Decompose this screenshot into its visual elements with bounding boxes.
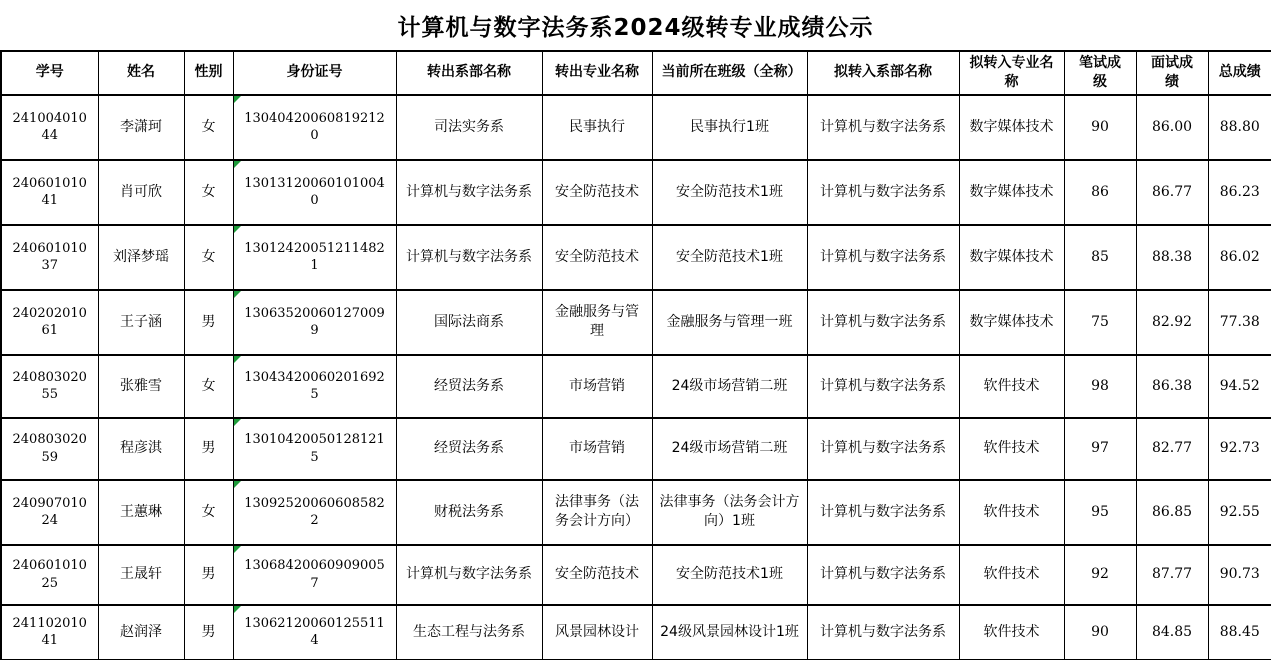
cell-text: 女	[202, 504, 216, 520]
col-header-written-score: 笔试成级	[1064, 51, 1136, 95]
cell-from-major: 金融服务与管理	[542, 290, 652, 355]
cell-text: 92	[1091, 566, 1109, 582]
number-stored-as-text-flag-icon	[234, 546, 241, 553]
cell-to-major: 软件技术	[959, 480, 1064, 545]
table-row: 24060101025王晟轩男130684200609090057计算机与数字法…	[1, 545, 1271, 605]
cell-gender: 女	[184, 355, 233, 418]
col-header-from-dept: 转出系部名称	[396, 51, 542, 95]
cell-text: 数字媒体技术	[970, 184, 1054, 200]
cell-text: 程彦淇	[120, 440, 162, 456]
cell-text: 24060101041	[13, 176, 87, 209]
cell-id-number: 130635200601270099	[233, 290, 396, 355]
cell-total-score: 86.02	[1208, 225, 1271, 290]
cell-text: 24020201061	[13, 306, 87, 339]
cell-text: 女	[202, 119, 216, 135]
cell-text: 24110201041	[13, 616, 87, 649]
cell-student-id: 24020201061	[1, 290, 98, 355]
cell-current-class: 安全防范技术1班	[652, 160, 807, 225]
cell-text: 安全防范技术1班	[676, 566, 783, 582]
cell-to-major: 数字媒体技术	[959, 95, 1064, 160]
page-title: 计算机与数字法务系2024级转专业成绩公示	[0, 0, 1271, 50]
cell-text: 风景园林设计	[555, 624, 639, 640]
cell-text: 86.77	[1152, 184, 1192, 200]
cell-text: 24级市场营销二班	[672, 378, 788, 394]
cell-interview-score: 86.85	[1136, 480, 1208, 545]
cell-text: 计算机与数字法务系	[820, 440, 946, 456]
cell-text: 86.02	[1220, 249, 1260, 265]
cell-current-class: 24级市场营销二班	[652, 355, 807, 418]
cell-text: 民事执行1班	[690, 119, 769, 135]
cell-text: 计算机与数字法务系	[820, 314, 946, 330]
cell-from-dept: 国际法商系	[396, 290, 542, 355]
cell-id-number: 130925200606085822	[233, 480, 396, 545]
number-stored-as-text-flag-icon	[234, 419, 241, 426]
cell-total-score: 92.73	[1208, 418, 1271, 480]
cell-to-dept: 计算机与数字法务系	[807, 160, 959, 225]
cell-id-number: 130404200608192120	[233, 95, 396, 160]
cell-written-score: 92	[1064, 545, 1136, 605]
cell-text: 金融服务与管理	[555, 304, 639, 339]
cell-text: 24级风景园林设计1班	[660, 624, 799, 640]
cell-text: 130925200606085822	[244, 496, 385, 529]
table-header-row: 学号 姓名 性别 身份证号 转出系部名称 转出专业名称 当前所在班级（全称） 拟…	[1, 51, 1271, 95]
score-table: 学号 姓名 性别 身份证号 转出系部名称 转出专业名称 当前所在班级（全称） 拟…	[0, 50, 1271, 660]
cell-name: 王晟轩	[98, 545, 184, 605]
cell-to-dept: 计算机与数字法务系	[807, 545, 959, 605]
cell-gender: 女	[184, 95, 233, 160]
cell-text: 75	[1091, 314, 1109, 330]
cell-to-major: 数字媒体技术	[959, 160, 1064, 225]
cell-interview-score: 82.77	[1136, 418, 1208, 480]
cell-text: 司法实务系	[434, 119, 504, 135]
cell-text: 刘泽梦瑶	[113, 249, 169, 265]
cell-text: 女	[202, 249, 216, 265]
cell-gender: 男	[184, 290, 233, 355]
cell-text: 84.85	[1152, 624, 1192, 640]
cell-id-number: 130621200601255114	[233, 605, 396, 660]
cell-text: 王晟轩	[120, 566, 162, 582]
table-row: 24020201061王子涵男130635200601270099国际法商系金融…	[1, 290, 1271, 355]
cell-text: 软件技术	[984, 566, 1040, 582]
cell-text: 130621200601255114	[244, 616, 385, 649]
cell-text: 85	[1091, 249, 1109, 265]
cell-from-dept: 经贸法务系	[396, 355, 542, 418]
number-stored-as-text-flag-icon	[234, 226, 241, 233]
cell-text: 安全防范技术1班	[676, 184, 783, 200]
cell-to-dept: 计算机与数字法务系	[807, 605, 959, 660]
cell-text: 民事执行	[569, 119, 625, 135]
cell-text: 李潇珂	[120, 119, 162, 135]
cell-from-major: 民事执行	[542, 95, 652, 160]
cell-text: 计算机与数字法务系	[406, 249, 532, 265]
cell-text: 90.73	[1220, 566, 1260, 582]
cell-text: 130131200601010040	[244, 176, 385, 209]
cell-text: 安全防范技术	[555, 249, 639, 265]
cell-total-score: 94.52	[1208, 355, 1271, 418]
number-stored-as-text-flag-icon	[234, 606, 241, 613]
cell-text: 计算机与数字法务系	[820, 249, 946, 265]
cell-interview-score: 86.00	[1136, 95, 1208, 160]
cell-text: 86.38	[1152, 378, 1192, 394]
cell-written-score: 90	[1064, 95, 1136, 160]
cell-written-score: 85	[1064, 225, 1136, 290]
cell-text: 软件技术	[984, 440, 1040, 456]
cell-name: 张雅雪	[98, 355, 184, 418]
cell-student-id: 24080302055	[1, 355, 98, 418]
cell-text: 77.38	[1220, 314, 1260, 330]
cell-student-id: 24060101037	[1, 225, 98, 290]
cell-text: 计算机与数字法务系	[820, 378, 946, 394]
cell-text: 24100401044	[13, 111, 87, 144]
cell-written-score: 86	[1064, 160, 1136, 225]
cell-text: 130124200512114821	[244, 241, 385, 274]
cell-to-dept: 计算机与数字法务系	[807, 95, 959, 160]
cell-name: 王蕙琳	[98, 480, 184, 545]
col-header-to-dept: 拟转入系部名称	[807, 51, 959, 95]
cell-to-dept: 计算机与数字法务系	[807, 418, 959, 480]
cell-text: 软件技术	[984, 624, 1040, 640]
cell-from-major: 安全防范技术	[542, 545, 652, 605]
cell-text: 男	[202, 440, 216, 456]
cell-current-class: 安全防范技术1班	[652, 225, 807, 290]
col-header-student-id: 学号	[1, 51, 98, 95]
cell-current-class: 法律事务（法务会计方向）1班	[652, 480, 807, 545]
cell-text: 经贸法务系	[434, 378, 504, 394]
cell-to-dept: 计算机与数字法务系	[807, 290, 959, 355]
number-stored-as-text-flag-icon	[234, 161, 241, 168]
cell-student-id: 24090701024	[1, 480, 98, 545]
cell-to-major: 数字媒体技术	[959, 225, 1064, 290]
cell-text: 法律事务（法务会计方向）1班	[660, 494, 800, 529]
cell-interview-score: 86.38	[1136, 355, 1208, 418]
cell-total-score: 77.38	[1208, 290, 1271, 355]
cell-total-score: 86.23	[1208, 160, 1271, 225]
cell-text: 88.38	[1152, 249, 1192, 265]
cell-text: 安全防范技术	[555, 184, 639, 200]
cell-from-major: 市场营销	[542, 355, 652, 418]
cell-text: 安全防范技术1班	[676, 249, 783, 265]
cell-interview-score: 87.77	[1136, 545, 1208, 605]
cell-text: 软件技术	[984, 378, 1040, 394]
cell-to-dept: 计算机与数字法务系	[807, 355, 959, 418]
table-row: 24080302055张雅雪女130434200602016925经贸法务系市场…	[1, 355, 1271, 418]
cell-name: 王子涵	[98, 290, 184, 355]
cell-text: 82.92	[1152, 314, 1192, 330]
col-header-current-class: 当前所在班级（全称）	[652, 51, 807, 95]
cell-gender: 女	[184, 480, 233, 545]
cell-gender: 男	[184, 605, 233, 660]
cell-text: 生态工程与法务系	[413, 624, 525, 640]
cell-text: 88.80	[1220, 119, 1260, 135]
cell-text: 24090701024	[13, 496, 87, 529]
cell-from-dept: 司法实务系	[396, 95, 542, 160]
cell-id-number: 130434200602016925	[233, 355, 396, 418]
cell-to-dept: 计算机与数字法务系	[807, 480, 959, 545]
cell-current-class: 民事执行1班	[652, 95, 807, 160]
cell-text: 92.55	[1220, 504, 1260, 520]
cell-current-class: 安全防范技术1班	[652, 545, 807, 605]
cell-text: 87.77	[1152, 566, 1192, 582]
cell-from-dept: 经贸法务系	[396, 418, 542, 480]
cell-text: 92.73	[1220, 440, 1260, 456]
cell-text: 计算机与数字法务系	[820, 184, 946, 200]
cell-total-score: 92.55	[1208, 480, 1271, 545]
cell-from-major: 安全防范技术	[542, 160, 652, 225]
cell-name: 刘泽梦瑶	[98, 225, 184, 290]
cell-text: 86.23	[1220, 184, 1260, 200]
col-header-name: 姓名	[98, 51, 184, 95]
number-stored-as-text-flag-icon	[234, 291, 241, 298]
cell-total-score: 90.73	[1208, 545, 1271, 605]
cell-interview-score: 88.38	[1136, 225, 1208, 290]
cell-text: 计算机与数字法务系	[406, 184, 532, 200]
cell-text: 130684200609090057	[244, 558, 385, 591]
cell-from-dept: 生态工程与法务系	[396, 605, 542, 660]
cell-text: 88.45	[1220, 624, 1260, 640]
cell-text: 130404200608192120	[244, 111, 385, 144]
cell-from-dept: 财税法务系	[396, 480, 542, 545]
cell-gender: 女	[184, 160, 233, 225]
col-header-total-score: 总成绩	[1208, 51, 1271, 95]
cell-id-number: 130104200501281215	[233, 418, 396, 480]
table-row: 24110201041赵润泽男130621200601255114生态工程与法务…	[1, 605, 1271, 660]
cell-text: 90	[1091, 624, 1109, 640]
cell-written-score: 95	[1064, 480, 1136, 545]
cell-from-dept: 计算机与数字法务系	[396, 225, 542, 290]
cell-text: 肖可欣	[120, 184, 162, 200]
cell-current-class: 24级风景园林设计1班	[652, 605, 807, 660]
cell-text: 24080302055	[13, 370, 87, 403]
cell-text: 计算机与数字法务系	[820, 566, 946, 582]
cell-text: 82.77	[1152, 440, 1192, 456]
cell-text: 计算机与数字法务系	[820, 504, 946, 520]
cell-text: 24级市场营销二班	[672, 440, 788, 456]
cell-text: 张雅雪	[120, 378, 162, 394]
col-header-to-major: 拟转入专业名称	[959, 51, 1064, 95]
cell-written-score: 98	[1064, 355, 1136, 418]
cell-gender: 女	[184, 225, 233, 290]
cell-student-id: 24100401044	[1, 95, 98, 160]
cell-name: 程彦淇	[98, 418, 184, 480]
cell-student-id: 24110201041	[1, 605, 98, 660]
cell-student-id: 24080302059	[1, 418, 98, 480]
cell-from-dept: 计算机与数字法务系	[396, 545, 542, 605]
cell-to-major: 软件技术	[959, 605, 1064, 660]
cell-text: 女	[202, 184, 216, 200]
cell-from-major: 市场营销	[542, 418, 652, 480]
cell-text: 赵润泽	[120, 624, 162, 640]
cell-text: 计算机与数字法务系	[820, 624, 946, 640]
cell-text: 86.00	[1152, 119, 1192, 135]
cell-text: 法律事务（法务会计方向）	[555, 494, 639, 529]
cell-text: 数字媒体技术	[970, 314, 1054, 330]
cell-text: 男	[202, 314, 216, 330]
cell-to-major: 软件技术	[959, 355, 1064, 418]
cell-name: 李潇珂	[98, 95, 184, 160]
cell-text: 数字媒体技术	[970, 249, 1054, 265]
cell-text: 24060101025	[13, 558, 87, 591]
cell-from-dept: 计算机与数字法务系	[396, 160, 542, 225]
cell-gender: 男	[184, 545, 233, 605]
score-publication-page: 计算机与数字法务系2024级转专业成绩公示 学号 姓名 性别 身份证号 转出系部…	[0, 0, 1271, 660]
cell-id-number: 130124200512114821	[233, 225, 396, 290]
cell-text: 数字媒体技术	[970, 119, 1054, 135]
cell-text: 安全防范技术	[555, 566, 639, 582]
cell-text: 王子涵	[120, 314, 162, 330]
cell-to-major: 数字媒体技术	[959, 290, 1064, 355]
cell-text: 王蕙琳	[120, 504, 162, 520]
cell-from-major: 安全防范技术	[542, 225, 652, 290]
cell-text: 女	[202, 378, 216, 394]
cell-current-class: 24级市场营销二班	[652, 418, 807, 480]
cell-text: 130434200602016925	[244, 370, 385, 403]
cell-total-score: 88.80	[1208, 95, 1271, 160]
cell-to-dept: 计算机与数字法务系	[807, 225, 959, 290]
table-row: 24080302059程彦淇男130104200501281215经贸法务系市场…	[1, 418, 1271, 480]
table-row: 24090701024王蕙琳女130925200606085822财税法务系法律…	[1, 480, 1271, 545]
cell-total-score: 88.45	[1208, 605, 1271, 660]
cell-id-number: 130684200609090057	[233, 545, 396, 605]
cell-text: 24080302059	[13, 432, 87, 465]
cell-student-id: 24060101041	[1, 160, 98, 225]
cell-text: 经贸法务系	[434, 440, 504, 456]
cell-current-class: 金融服务与管理一班	[652, 290, 807, 355]
cell-text: 金融服务与管理一班	[667, 314, 793, 330]
cell-from-major: 法律事务（法务会计方向）	[542, 480, 652, 545]
table-row: 24060101037刘泽梦瑶女130124200512114821计算机与数字…	[1, 225, 1271, 290]
cell-text: 90	[1091, 119, 1109, 135]
table-row: 24060101041肖可欣女130131200601010040计算机与数字法…	[1, 160, 1271, 225]
cell-text: 市场营销	[569, 378, 625, 394]
cell-name: 赵润泽	[98, 605, 184, 660]
cell-text: 86.85	[1152, 504, 1192, 520]
cell-interview-score: 82.92	[1136, 290, 1208, 355]
cell-text: 软件技术	[984, 504, 1040, 520]
col-header-gender: 性别	[184, 51, 233, 95]
cell-text: 86	[1091, 184, 1109, 200]
col-header-interview-score: 面试成绩	[1136, 51, 1208, 95]
cell-interview-score: 86.77	[1136, 160, 1208, 225]
cell-text: 130104200501281215	[244, 432, 385, 465]
col-header-from-major: 转出专业名称	[542, 51, 652, 95]
cell-gender: 男	[184, 418, 233, 480]
cell-from-major: 风景园林设计	[542, 605, 652, 660]
cell-to-major: 软件技术	[959, 545, 1064, 605]
cell-to-major: 软件技术	[959, 418, 1064, 480]
cell-student-id: 24060101025	[1, 545, 98, 605]
cell-text: 财税法务系	[434, 504, 504, 520]
cell-text: 24060101037	[13, 241, 87, 274]
cell-text: 男	[202, 624, 216, 640]
cell-text: 94.52	[1220, 378, 1260, 394]
cell-interview-score: 84.85	[1136, 605, 1208, 660]
cell-text: 国际法商系	[434, 314, 504, 330]
cell-text: 市场营销	[569, 440, 625, 456]
cell-text: 计算机与数字法务系	[820, 119, 946, 135]
cell-written-score: 75	[1064, 290, 1136, 355]
number-stored-as-text-flag-icon	[234, 356, 241, 363]
cell-text: 95	[1091, 504, 1109, 520]
table-row: 24100401044李潇珂女130404200608192120司法实务系民事…	[1, 95, 1271, 160]
cell-id-number: 130131200601010040	[233, 160, 396, 225]
cell-written-score: 97	[1064, 418, 1136, 480]
cell-text: 130635200601270099	[244, 306, 385, 339]
cell-name: 肖可欣	[98, 160, 184, 225]
cell-text: 男	[202, 566, 216, 582]
cell-text: 97	[1091, 440, 1109, 456]
cell-written-score: 90	[1064, 605, 1136, 660]
table-body: 24100401044李潇珂女130404200608192120司法实务系民事…	[1, 95, 1271, 660]
number-stored-as-text-flag-icon	[234, 96, 241, 103]
number-stored-as-text-flag-icon	[234, 481, 241, 488]
cell-text: 98	[1091, 378, 1109, 394]
cell-text: 计算机与数字法务系	[406, 566, 532, 582]
col-header-id-number: 身份证号	[233, 51, 396, 95]
